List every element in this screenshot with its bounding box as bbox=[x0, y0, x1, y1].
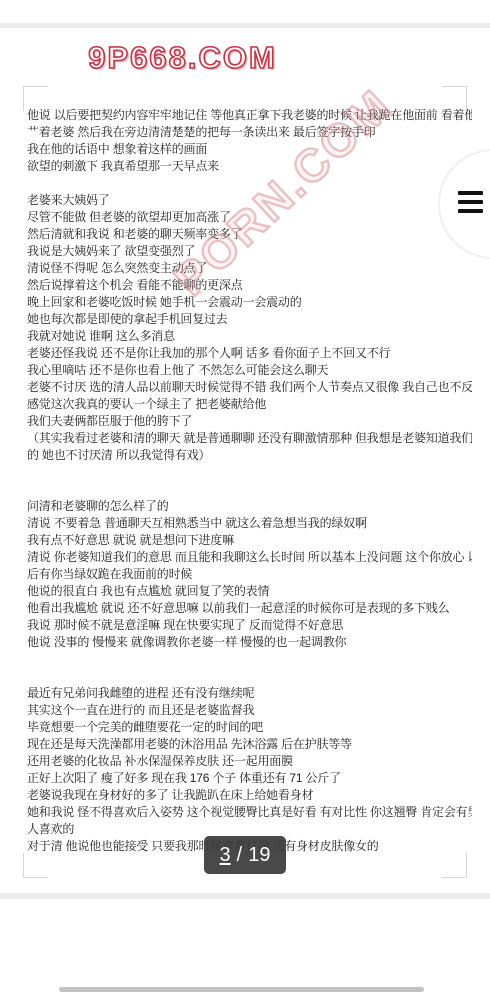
text-line: 清说 不要着急 普通聊天互相熟悉当中 就这么着急想当我的绿奴啊 bbox=[27, 515, 472, 532]
current-page: 3 bbox=[220, 844, 231, 867]
page-separator-slash: / bbox=[237, 844, 243, 867]
text-line: 后有你当绿奴跪在我面前的时候 bbox=[27, 566, 472, 583]
text-line: 老婆还怪我说 还不是你让我加的那个人啊 话多 看你面子上不回又不行 bbox=[27, 345, 472, 362]
text-line: 他看出我尴尬 就说 还不好意思嘛 以前我们一起意淫的时候你可是表现的多下贱么 bbox=[27, 600, 472, 617]
text-line: 他说的很直白 我也有点尴尬 就回复了笑的表情 bbox=[27, 583, 472, 600]
text-line: 其实这个一直在进行的 而且还是老婆监督我 bbox=[27, 702, 472, 719]
paragraph-group: 他说 以后要把契约内容牢牢地记住 等他真正拿下我老婆的时候 让我跪在他面前 看着… bbox=[27, 107, 472, 175]
hamburger-icon[interactable] bbox=[458, 191, 483, 213]
text-line: 她和我说 怪不得喜欢后入姿势 这个视觉腰臀比真是好看 有对比性 你这翘臀 肯定会… bbox=[27, 804, 472, 821]
text-line: 老婆不讨厌 选的清人品以前聊天时候觉得不错 我们两个人节奏点又很像 我自己也不反… bbox=[27, 379, 472, 396]
page-corner-bottom-right bbox=[442, 853, 467, 878]
site-watermark: 9P668.COM bbox=[0, 40, 365, 76]
text-line: 的 她也不讨厌清 所以我觉得有戏） bbox=[27, 447, 472, 464]
text-line: 我说 那时候不就是意淫嘛 现在快要实现了 反而觉得不好意思 bbox=[27, 617, 472, 634]
paragraph-group: 问清和老婆聊的怎么样了的清说 不要着急 普通聊天互相熟悉当中 就这么着急想当我的… bbox=[27, 498, 472, 651]
text-line: 欲望的刺激下 我真希望那一天早点来 bbox=[27, 158, 472, 175]
paragraph-group: 最近有兄弟问我雌堕的进程 还有没有继续呢其实这个一直在进行的 而且还是老婆监督我… bbox=[27, 685, 472, 855]
text-line: 最近有兄弟问我雌堕的进程 还有没有继续呢 bbox=[27, 685, 472, 702]
text-line: 艹着老婆 然后我在旁边清清楚楚的把每一条读出来 最后签字按手印 bbox=[27, 124, 472, 141]
text-line: 我说是大姨妈来了 欲望变强烈了 bbox=[27, 243, 472, 260]
text-line: 我们夫妻俩都臣服于他的胯下了 bbox=[27, 413, 472, 430]
text-line: 他说 没事的 慢慢来 就像调教你老婆一样 慢慢的也一起调教你 bbox=[27, 634, 472, 651]
text-line: 我就对她说 谁啊 这么多消息 bbox=[27, 328, 472, 345]
text-line: 老婆说我现在身材好的多了 让我跪趴在床上给她看身材 bbox=[27, 787, 472, 804]
text-line: 现在还是每天洗澡都用老婆的沐浴用品 先沐浴露 后在护肤等等 bbox=[27, 736, 472, 753]
text-line: 毕竟想要一个完美的雌堕要花一定的时间的吧 bbox=[27, 719, 472, 736]
text-line: （其实我看过老婆和清的聊天 就是普通聊聊 还没有聊激情那种 但我想是老婆知道我们… bbox=[27, 430, 472, 447]
reading-progress-scrollbar[interactable] bbox=[59, 987, 424, 992]
text-line: 我在他的话语中 想象着这样的画面 bbox=[27, 141, 472, 158]
text-line: 然后清就和我说 和老婆的聊天频率变多了 bbox=[27, 226, 472, 243]
page-indicator: 3 / 19 bbox=[204, 836, 286, 874]
text-line: 清说怪不得呢 怎么突然变主动点了 bbox=[27, 260, 472, 277]
text-line: 清说 你老婆知道我们的意思 而且能和我聊这么长时间 所以基本上没问题 这个你放心… bbox=[27, 549, 472, 566]
text-line: 我心里嘀咕 还不是你也看上他了 不然怎么可能会这么聊天 bbox=[27, 362, 472, 379]
page-text: 他说 以后要把契约内容牢牢地记住 等他真正拿下我老婆的时候 让我跪在他面前 看着… bbox=[27, 107, 472, 855]
text-line: 还用老婆的化妆品 补水保湿保养皮肤 还一起用面膜 bbox=[27, 753, 472, 770]
total-pages: 19 bbox=[248, 844, 270, 867]
text-line: 尽管不能做 但老婆的欲望却更加高涨了 bbox=[27, 209, 472, 226]
text-line: 正好上次阳了 瘦了好多 现在我 176 个子 体重还有 71 公斤了 bbox=[27, 770, 472, 787]
text-line: 我有点不好意思 就说 就是想问下进度嘛 bbox=[27, 532, 472, 549]
text-line: 问清和老婆聊的怎么样了的 bbox=[27, 498, 472, 515]
page-corner-bottom-left bbox=[23, 853, 48, 878]
text-line: 感觉这次我真的要认一个绿主了 把老婆献给他 bbox=[27, 396, 472, 413]
text-line: 然后说撑着这个机会 看能不能聊的更深点 bbox=[27, 277, 472, 294]
page-gap-top bbox=[0, 23, 490, 28]
page-gap-bottom bbox=[0, 893, 490, 899]
text-line: 老婆来大姨妈了 bbox=[27, 192, 472, 209]
text-line: 晚上回家和老婆吃饭时候 她手机一会震动一会震动的 bbox=[27, 294, 472, 311]
paragraph-group: 老婆来大姨妈了尽管不能做 但老婆的欲望却更加高涨了然后清就和我说 和老婆的聊天频… bbox=[27, 192, 472, 464]
text-line: 她也每次都是即使的拿起手机回复过去 bbox=[27, 311, 472, 328]
text-line: 他说 以后要把契约内容牢牢地记住 等他真正拿下我老婆的时候 让我跪在他面前 看着… bbox=[27, 107, 472, 124]
